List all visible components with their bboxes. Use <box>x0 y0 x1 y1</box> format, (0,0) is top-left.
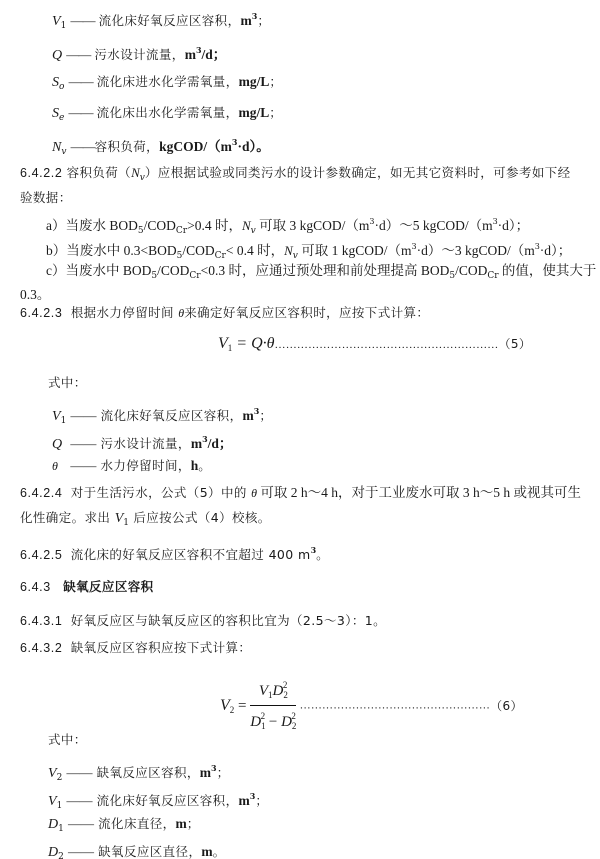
clause-number: 6.4.2.4 <box>20 486 62 500</box>
section-number: 6.4.3 <box>20 580 51 594</box>
clause-6424-line1: 6.4.2.4 对于生活污水，公式（5）中的 θ 可取 2 h～4 h，对于工业… <box>20 484 581 503</box>
leader-dots: …………………………………………… <box>300 700 490 712</box>
denominator: D12 − D22 <box>250 706 296 735</box>
clause-6422-line2: 验数据： <box>20 189 72 208</box>
list-item-a: a）当废水 BOD5/CODCr>0.4 时，Nv 可取 3 kgCOD/（m3… <box>46 213 529 240</box>
equation-number: （5） <box>499 337 532 351</box>
def-theta: θ —— 水力停留时间，h。 <box>52 457 211 476</box>
symbol: V <box>52 14 61 29</box>
def-nv: Nv ——容积负荷，kgCOD/（m3·d）。 <box>52 133 270 161</box>
formula-6: V2 = V1D22 D12 − D22 ……………………………………………（6… <box>220 676 523 735</box>
def-v2: V2 —— 缺氧反应区容积，m3； <box>48 759 230 787</box>
leader-dots: …………………………………………………… <box>275 339 499 351</box>
formula-5: V1 = Q·θ……………………………………………………（5） <box>218 335 531 353</box>
list-item-c: c）当废水中 BOD5/CODCr<0.3 时，应通过预处理和前处理提高 BOD… <box>46 262 596 285</box>
clause-6423: 6.4.2.3 根据水力停留时间 θ来确定好氧反应区容积时，应按下式计算： <box>20 304 429 323</box>
clause-number: 6.4.3.2 <box>20 641 62 655</box>
numerator: V1D22 <box>250 676 296 706</box>
def-so: So —— 流化床进水化学需氧量，mg/L； <box>52 73 282 96</box>
clause-6431: 6.4.3.1 好氧反应区与缺氧反应区的容积比宜为（2.5～3）：1。 <box>20 612 386 631</box>
def-q-b: Q —— 污水设计流量，m3/d； <box>52 430 232 454</box>
def-v1-b: V1 —— 流化床好氧反应区容积，m3； <box>52 402 272 430</box>
def-d2: D2 —— 缺氧反应区直径，m。 <box>48 843 226 859</box>
clause-6432: 6.4.3.2 缺氧反应区容积应按下式计算： <box>20 639 251 658</box>
clause-number: 6.4.2.5 <box>20 548 62 562</box>
def-v1-c: V1 —— 流化床好氧反应区容积，m3； <box>48 787 268 815</box>
clause-number: 6.4.3.1 <box>20 614 62 628</box>
def-q: Q —— 污水设计流量，m3/d； <box>52 41 226 65</box>
fraction: V1D22 D12 − D22 <box>250 676 296 735</box>
list-item-b: b）当废水中 0.3<BOD5/CODCr< 0.4 时，Nv 可取 1 kgC… <box>46 238 571 265</box>
where-label-2: 式中： <box>48 731 87 750</box>
def-v1: V1 —— 流化床好氧反应区容积，m3； <box>52 7 270 35</box>
equation-number: （6） <box>490 699 523 713</box>
clause-6422-line1: 6.4.2.2 容积负荷（Nv）应根据试验或同类污水的设计参数确定，如无其它资料… <box>20 164 571 187</box>
section-heading-643: 6.4.3 缺氧反应区容积 <box>20 578 154 597</box>
clause-number: 6.4.2.3 <box>20 306 62 320</box>
clause-6425: 6.4.2.5 流化床的好氧反应区容积不宜超过 400 m3。 <box>20 541 329 565</box>
clause-6424-line2: 化性确定。求出 V1 后应按公式（4）校核。 <box>20 509 271 532</box>
section-title: 缺氧反应区容积 <box>63 579 153 594</box>
where-label: 式中： <box>48 374 87 393</box>
def-se: Se —— 流化床出水化学需氧量，mg/L； <box>52 104 282 127</box>
def-d1: D1 —— 流化床直径，m； <box>48 815 200 838</box>
list-item-c-continued: 0.3。 <box>20 286 50 305</box>
clause-number: 6.4.2.2 <box>20 166 62 180</box>
